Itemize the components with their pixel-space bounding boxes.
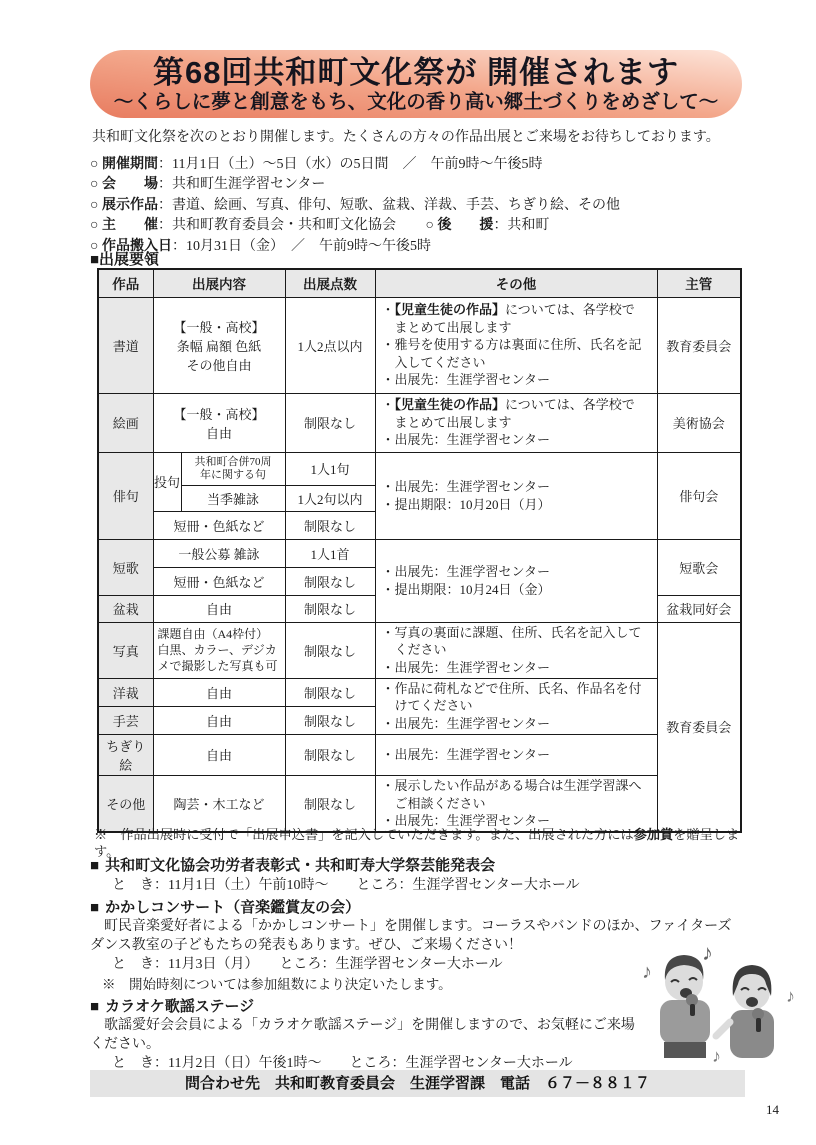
square-bullet-icon: ■ [90, 998, 99, 1015]
event-title-text: カラオケ歌謡ステージ [105, 998, 254, 1015]
info-line-organizer: ○ 主 催：共和町教育委員会・共和町文化協会 ○ 後 援：共和町 [90, 215, 750, 235]
circle-bullet-icon: ○ [90, 175, 98, 191]
music-note-icon: ♪ [712, 1046, 721, 1066]
work-name: 俳句 [98, 452, 153, 539]
info-label: 展示作品 [102, 196, 158, 212]
work-count: 制限なし [285, 567, 375, 595]
work-count: 1人1首 [285, 539, 375, 567]
event-schedule: と き：11月1日（土）午前10時～ ところ：生涯学習センター大ホール [90, 876, 752, 896]
music-note-icon: ♪ [642, 961, 652, 983]
work-other: ・作品に荷札などで住所、氏名、作品名を付 けてください ・出展先：生涯学習センタ… [375, 678, 657, 734]
music-note-icon: ♪ [786, 986, 795, 1006]
table-row-tanka-1: 短歌 一般公募 雑詠 1人1首 ・出展先：生涯学習センター ・提出期限：10月2… [98, 539, 741, 567]
work-manager: 教育委員会 [657, 622, 741, 832]
table-header-row: 作品 出展内容 出展点数 その他 主管 [98, 269, 741, 297]
page-title-banner: 第68回共和町文化祭が 開催されます ～くらしに夢と創意をもち、文化の香り高い郷… [90, 50, 742, 118]
work-name: 短歌 [98, 539, 153, 595]
work-manager: 俳句会 [657, 452, 741, 539]
work-content: 自由 [153, 734, 285, 775]
exhibition-table: 作品 出展内容 出展点数 その他 主管 書道 【一般・高校】 条幅 扁額 色紙 … [97, 268, 742, 833]
work-content: 自由 [153, 706, 285, 734]
table-row-shodo: 書道 【一般・高校】 条幅 扁額 色紙 その他自由 1人2点以内 ・【児童生徒の… [98, 297, 741, 393]
info-label: 後 援 [437, 216, 493, 232]
table-row-shashin: 写真 課題自由（A4枠付） 白黒、カラー、デジカ メで撮影した写真も可 制限なし… [98, 622, 741, 678]
work-other: ・写真の裏面に課題、住所、氏名を記入して ください ・出展先：生涯学習センター [375, 622, 657, 678]
work-other: ・出展先：生涯学習センター [375, 734, 657, 775]
work-other: ・【児童生徒の作品】については、各学校で まとめて出展します ・雅号を使用する方… [375, 297, 657, 393]
info-value: ：共和町 [493, 218, 549, 233]
work-count: 1人2句以内 [285, 485, 375, 511]
page-subtitle: ～くらしに夢と創意をもち、文化の香り高い郷土づくりをめざして～ [90, 90, 742, 114]
work-other: ・【児童生徒の作品】については、各学校で まとめて出展します ・出展先：生涯学習… [375, 393, 657, 452]
work-count: 制限なし [285, 622, 375, 678]
work-name: 書道 [98, 297, 153, 393]
col-header-work: 作品 [98, 269, 153, 297]
work-other: ・展示したい作品がある場合は生涯学習課へ ご相談ください ・出展先：生涯学習セン… [375, 775, 657, 832]
haiku-sub3: 短冊・色紙など [153, 511, 285, 539]
haiku-sub1: 共和町合併70周 年に関する句 [181, 452, 285, 485]
event-title-text: かかしコンサート（音楽鑑賞友の会） [105, 899, 360, 916]
col-header-other: その他 [375, 269, 657, 297]
singer-woman [716, 965, 774, 1058]
work-content: 【一般・高校】 自由 [153, 393, 285, 452]
circle-bullet-icon: ○ [90, 216, 98, 232]
info-value: ：共和町生涯学習センター [158, 177, 325, 192]
work-manager: 盆栽同好会 [657, 595, 741, 622]
bold-note: 【児童生徒の作品】 [395, 397, 506, 412]
work-name: 盆栽 [98, 595, 153, 622]
work-name: 手芸 [98, 706, 153, 734]
info-label: 開催期間 [102, 155, 158, 171]
work-count: 制限なし [285, 678, 375, 706]
haiku-touku: 投句 [153, 452, 181, 511]
circle-bullet-icon: ○ [425, 216, 433, 232]
col-header-count: 出展点数 [285, 269, 375, 297]
page-number: 14 [766, 1102, 779, 1118]
info-value: ：共和町教育委員会・共和町文化協会 [158, 218, 396, 233]
event-title: ■共和町文化協会功労者表彰式・共和町寿大学祭芸能発表会 [90, 856, 752, 876]
work-count: 1人1句 [285, 452, 375, 485]
table-row-kaiga: 絵画 【一般・高校】 自由 制限なし ・【児童生徒の作品】については、各学校で … [98, 393, 741, 452]
info-line-venue: ○ 会 場：共和町生涯学習センター [90, 174, 750, 194]
work-manager: 美術協会 [657, 393, 741, 452]
work-count: 1人2点以内 [285, 297, 375, 393]
work-name: 絵画 [98, 393, 153, 452]
tanka-sub2: 短冊・色紙など [153, 567, 285, 595]
work-other: ・出展先：生涯学習センター ・提出期限：10月20日（月） [375, 452, 657, 539]
square-bullet-icon: ■ [90, 857, 99, 874]
intro-text: 共和町文化祭を次のとおり開催します。たくさんの方々の作品出展とご来場をお待ちして… [92, 129, 752, 147]
work-count: 制限なし [285, 393, 375, 452]
table-row-haiku-1: 俳句 投句 共和町合併70周 年に関する句 1人1句 ・出展先：生涯学習センター… [98, 452, 741, 485]
col-header-manager: 主管 [657, 269, 741, 297]
work-name: その他 [98, 775, 153, 832]
table-row-sonota: その他 陶芸・木工など 制限なし ・展示したい作品がある場合は生涯学習課へ ご相… [98, 775, 741, 832]
bold-note: 【児童生徒の作品】 [395, 302, 506, 317]
work-content: 自由 [153, 678, 285, 706]
singer-man [660, 955, 710, 1058]
exhibition-guidelines-heading: ■出展要領 [90, 248, 159, 269]
info-line-period: ○ 開催期間：11月1日（土）～5日（水）の5日間 ／ 午前9時～午後5時 [90, 154, 750, 174]
event-commendation: ■共和町文化協会功労者表彰式・共和町寿大学祭芸能発表会 と き：11月1日（土）… [90, 856, 752, 896]
work-count: 制限なし [285, 511, 375, 539]
info-list: ○ 開催期間：11月1日（土）～5日（水）の5日間 ／ 午前9時～午後5時 ○ … [90, 154, 750, 256]
work-other: ・出展先：生涯学習センター ・提出期限：10月24日（金） [375, 539, 657, 622]
note-bold: 参加賞 [634, 827, 674, 842]
info-label: 会 場 [102, 175, 158, 191]
note-text: ※ 作品出展時に受付で「出展申込書」を記入していただきます。また、出展された方に… [94, 827, 634, 842]
haiku-sub2: 当季雑詠 [181, 485, 285, 511]
work-name: 洋裁 [98, 678, 153, 706]
work-manager: 短歌会 [657, 539, 741, 595]
work-count: 制限なし [285, 706, 375, 734]
work-manager: 教育委員会 [657, 297, 741, 393]
work-content: 陶芸・木工など [153, 775, 285, 832]
event-title: ■かかしコンサート（音楽鑑賞友の会） [90, 898, 752, 918]
info-value: ：11月1日（土）～5日（水）の5日間 ／ 午前9時～午後5時 [158, 157, 542, 172]
work-name: ちぎり絵 [98, 734, 153, 775]
work-count: 制限なし [285, 775, 375, 832]
work-count: 制限なし [285, 734, 375, 775]
square-bullet-icon: ■ [90, 899, 99, 916]
work-content: 課題自由（A4枠付） 白黒、カラー、デジカ メで撮影した写真も可 [153, 622, 285, 678]
work-content: 【一般・高校】 条幅 扁額 色紙 その他自由 [153, 297, 285, 393]
exhibition-table-wrap: 作品 出展内容 出展点数 その他 主管 書道 【一般・高校】 条幅 扁額 色紙 … [97, 268, 742, 833]
work-name: 写真 [98, 622, 153, 678]
music-note-icon: ♪ [702, 940, 713, 965]
table-row-chigirie: ちぎり絵 自由 制限なし ・出展先：生涯学習センター [98, 734, 741, 775]
circle-bullet-icon: ○ [90, 155, 98, 171]
event-title-text: 共和町文化協会功労者表彰式・共和町寿大学祭芸能発表会 [105, 857, 495, 874]
col-header-content: 出展内容 [153, 269, 285, 297]
tanka-sub1: 一般公募 雑詠 [153, 539, 285, 567]
circle-bullet-icon: ○ [90, 196, 98, 212]
table-row-yousai: 洋裁 自由 制限なし ・作品に荷札などで住所、氏名、作品名を付 けてください ・… [98, 678, 741, 706]
info-line-works: ○ 展示作品：書道、絵画、写真、俳句、短歌、盆栽、洋裁、手芸、ちぎり絵、その他 [90, 195, 750, 215]
work-count: 制限なし [285, 595, 375, 622]
info-line-carry-in: ○ 作品搬入日：10月31日（金） ／ 午前9時～午後5時 [90, 236, 750, 256]
bullet: ・ [382, 302, 395, 317]
page-title: 第68回共和町文化祭が 開催されます [90, 56, 742, 90]
info-label: 主 催 [102, 216, 158, 232]
info-value: ：10月31日（金） ／ 午前9時～午後5時 [172, 239, 431, 254]
work-content: 自由 [153, 595, 285, 622]
contact-footer: 問合わせ先 共和町教育委員会 生涯学習課 電話 ６７－８８１７ [90, 1070, 745, 1097]
info-value: ：書道、絵画、写真、俳句、短歌、盆栽、洋裁、手芸、ちぎり絵、その他 [158, 198, 620, 213]
bullet: ・ [382, 397, 395, 412]
karaoke-singers-illustration: ♪ ♪ ♪ ♪ [640, 940, 812, 1082]
